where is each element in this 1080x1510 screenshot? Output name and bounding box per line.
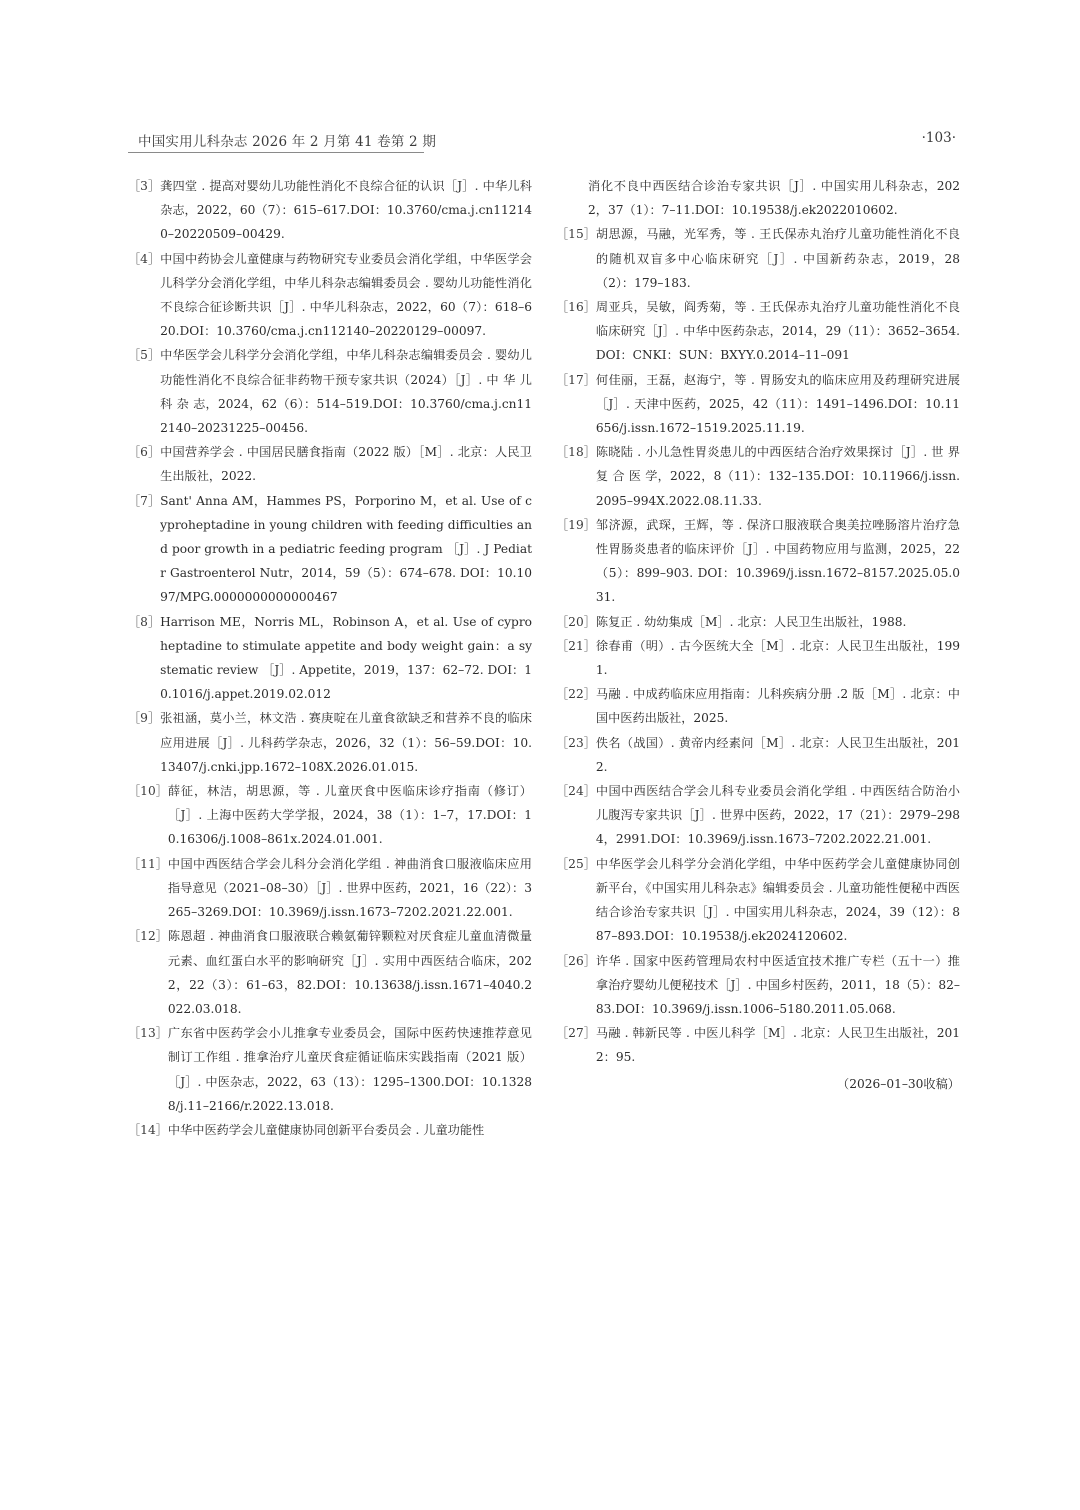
reference-item: ［19］邹济源，武琛，王辉，等 . 保济口服液联合奥美拉唑肠溶片治疗急性胃肠炎患…	[556, 513, 960, 610]
reference-number: ［24］	[556, 779, 596, 852]
reference-item: ［25］中华医学会儿科学分会消化学组，中华中医药学会儿童健康协同创新平台，《中国…	[556, 852, 960, 949]
reference-item: ［27］马融 . 韩新民等 . 中医儿科学［M］. 北京：人民卫生出版社，201…	[556, 1021, 960, 1069]
reference-item: ［18］陈晓陆 . 小儿急性胃炎患儿的中西医结合治疗效果探讨［J］. 世 界 复…	[556, 440, 960, 513]
reference-item: ［16］周亚兵，吴敏，阎秀菊，等 . 王氏保赤丸治疗儿童功能性消化不良临床研究［…	[556, 295, 960, 368]
reference-number: ［22］	[556, 682, 596, 730]
reference-number: ［14］	[128, 1118, 168, 1142]
reference-text: 佚名（战国）. 黄帝内经素问［M］. 北京：人民卫生出版社，2012.	[596, 731, 960, 779]
reference-item: ［4］中国中药协会儿童健康与药物研究专业委员会消化学组，中华医学会儿科学分会消化…	[128, 247, 532, 344]
reference-text: 陈晓陆 . 小儿急性胃炎患儿的中西医结合治疗效果探讨［J］. 世 界 复 合 医…	[596, 440, 960, 513]
reference-text: 陈复正 . 幼幼集成［M］. 北京：人民卫生出版社，1988.	[596, 610, 960, 634]
reference-item: ［10］薛征，林洁，胡思源，等 . 儿童厌食中医临床诊疗指南（修订）［J］. 上…	[128, 779, 532, 852]
reference-continuation: 消化不良中西医结合诊治专家共识［J］. 中国实用儿科杂志，2022，37（1）：…	[556, 174, 960, 222]
reference-number: ［18］	[556, 440, 596, 513]
reference-item: ［22］马融 . 中成药临床应用指南：儿科疾病分册 .2 版［M］. 北京：中国…	[556, 682, 960, 730]
reference-item: ［7］Sant' Anna AM，Hammes PS，Porporino M，e…	[128, 489, 532, 610]
reference-number: ［12］	[128, 924, 168, 1021]
reference-number: ［8］	[128, 610, 160, 707]
reference-text: Harrison ME，Norris ML，Robinson A，et al. …	[160, 610, 532, 707]
reference-item: ［3］龚四堂 . 提高对婴幼儿功能性消化不良综合征的认识［J］. 中华儿科杂志，…	[128, 174, 532, 247]
reference-number: ［11］	[128, 852, 168, 925]
reference-item: ［20］陈复正 . 幼幼集成［M］. 北京：人民卫生出版社，1988.	[556, 610, 960, 634]
reference-number: ［21］	[556, 634, 596, 682]
reference-number: ［13］	[128, 1021, 168, 1118]
received-date: （2026–01–30收稿）	[556, 1072, 960, 1096]
reference-text: 马融 . 中成药临床应用指南：儿科疾病分册 .2 版［M］. 北京：中国中医药出…	[596, 682, 960, 730]
reference-text: 许华 . 国家中医药管理局农村中医适宜技术推广专栏（五十一）推拿治疗婴幼儿便秘技…	[596, 949, 960, 1022]
reference-text: 陈恩超 . 神曲消食口服液联合赖氨葡锌颗粒对厌食症儿童血清微量元素、血红蛋白水平…	[168, 924, 532, 1021]
reference-text: 薛征，林洁，胡思源，等 . 儿童厌食中医临床诊疗指南（修订）［J］. 上海中医药…	[168, 779, 532, 852]
reference-number: ［16］	[556, 295, 596, 368]
reference-number: ［17］	[556, 368, 596, 441]
reference-text: 徐春甫（明）. 古今医统大全［M］. 北京：人民卫生出版社，1991.	[596, 634, 960, 682]
reference-text: 邹济源，武琛，王辉，等 . 保济口服液联合奥美拉唑肠溶片治疗急性胃肠炎患者的临床…	[596, 513, 960, 610]
reference-number: ［20］	[556, 610, 596, 634]
reference-text: 广东省中医药学会小儿推拿专业委员会，国际中医药快速推荐意见制订工作组 . 推拿治…	[168, 1021, 532, 1118]
reference-text: 中国中西医结合学会儿科专业委员会消化学组 . 中西医结合防治小儿腹泻专家共识［J…	[596, 779, 960, 852]
reference-number: ［27］	[556, 1021, 596, 1069]
reference-item: ［23］佚名（战国）. 黄帝内经素问［M］. 北京：人民卫生出版社，2012.	[556, 731, 960, 779]
reference-item: ［13］广东省中医药学会小儿推拿专业委员会，国际中医药快速推荐意见制订工作组 .…	[128, 1021, 532, 1118]
reference-item: ［12］陈恩超 . 神曲消食口服液联合赖氨葡锌颗粒对厌食症儿童血清微量元素、血红…	[128, 924, 532, 1021]
reference-item: ［24］中国中西医结合学会儿科专业委员会消化学组 . 中西医结合防治小儿腹泻专家…	[556, 779, 960, 852]
reference-item: ［11］中国中西医结合学会儿科分会消化学组 . 神曲消食口服液临床应用指导意见（…	[128, 852, 532, 925]
reference-text: 张祖涵，莫小兰，林文浩 . 赛庚啶在儿童食欲缺乏和营养不良的临床应用进展［J］.…	[160, 706, 532, 779]
reference-item: ［26］许华 . 国家中医药管理局农村中医适宜技术推广专栏（五十一）推拿治疗婴幼…	[556, 949, 960, 1022]
reference-text: 中华医学会儿科学分会消化学组，中华中医药学会儿童健康协同创新平台，《中国实用儿科…	[596, 852, 960, 949]
reference-number: ［25］	[556, 852, 596, 949]
reference-number: ［9］	[128, 706, 160, 779]
reference-text: 中国中药协会儿童健康与药物研究专业委员会消化学组，中华医学会儿科学分会消化学组，…	[160, 247, 532, 344]
reference-text: 中华中医药学会儿童健康协同创新平台委员会 . 儿童功能性	[168, 1118, 532, 1142]
reference-number: ［6］	[128, 440, 160, 488]
reference-text: 中华医学会儿科学分会消化学组，中华儿科杂志编辑委员会 . 婴幼儿功能性消化不良综…	[160, 343, 532, 440]
reference-text: 胡思源，马融，光军秀，等 . 王氏保赤丸治疗儿童功能性消化不良的随机双盲多中心临…	[596, 222, 960, 295]
reference-number: ［3］	[128, 174, 160, 247]
journal-header: 中国实用儿科杂志 2026 年 2 月第 41 卷第 2 期	[138, 130, 436, 150]
reference-number: ［5］	[128, 343, 160, 440]
reference-text: Sant' Anna AM，Hammes PS，Porporino M，et a…	[160, 489, 532, 610]
reference-text: 何佳丽，王磊，赵海宁，等 . 胃肠安丸的临床应用及药理研究进展［J］. 天津中医…	[596, 368, 960, 441]
reference-number: ［7］	[128, 489, 160, 610]
reference-number: ［19］	[556, 513, 596, 610]
reference-item: ［6］中国营养学会 . 中国居民膳食指南（2022 版）［M］. 北京：人民卫生…	[128, 440, 532, 488]
reference-item: ［21］徐春甫（明）. 古今医统大全［M］. 北京：人民卫生出版社，1991.	[556, 634, 960, 682]
reference-text: 周亚兵，吴敏，阎秀菊，等 . 王氏保赤丸治疗儿童功能性消化不良临床研究［J］. …	[596, 295, 960, 368]
reference-text: 中国营养学会 . 中国居民膳食指南（2022 版）［M］. 北京：人民卫生出版社…	[160, 440, 532, 488]
reference-number: ［10］	[128, 779, 168, 852]
reference-number: ［23］	[556, 731, 596, 779]
header-rule	[128, 152, 424, 153]
left-column: ［3］龚四堂 . 提高对婴幼儿功能性消化不良综合征的认识［J］. 中华儿科杂志，…	[128, 174, 532, 1142]
reference-list: ［15］胡思源，马融，光军秀，等 . 王氏保赤丸治疗儿童功能性消化不良的随机双盲…	[556, 222, 960, 1069]
page-number: ·103·	[922, 130, 956, 146]
reference-text: 中国中西医结合学会儿科分会消化学组 . 神曲消食口服液临床应用指导意见（2021…	[168, 852, 532, 925]
reference-item: ［9］张祖涵，莫小兰，林文浩 . 赛庚啶在儿童食欲缺乏和营养不良的临床应用进展［…	[128, 706, 532, 779]
reference-number: ［4］	[128, 247, 160, 344]
reference-number: ［15］	[556, 222, 596, 295]
reference-item: ［17］何佳丽，王磊，赵海宁，等 . 胃肠安丸的临床应用及药理研究进展［J］. …	[556, 368, 960, 441]
reference-item: ［5］中华医学会儿科学分会消化学组，中华儿科杂志编辑委员会 . 婴幼儿功能性消化…	[128, 343, 532, 440]
reference-text: 马融 . 韩新民等 . 中医儿科学［M］. 北京：人民卫生出版社，2012：95…	[596, 1021, 960, 1069]
reference-number: ［26］	[556, 949, 596, 1022]
reference-item: ［15］胡思源，马融，光军秀，等 . 王氏保赤丸治疗儿童功能性消化不良的随机双盲…	[556, 222, 960, 295]
right-column: 消化不良中西医结合诊治专家共识［J］. 中国实用儿科杂志，2022，37（1）：…	[556, 174, 960, 1096]
reference-item: ［14］中华中医药学会儿童健康协同创新平台委员会 . 儿童功能性	[128, 1118, 532, 1142]
reference-text: 龚四堂 . 提高对婴幼儿功能性消化不良综合征的认识［J］. 中华儿科杂志，202…	[160, 174, 532, 247]
reference-item: ［8］Harrison ME，Norris ML，Robinson A，et a…	[128, 610, 532, 707]
